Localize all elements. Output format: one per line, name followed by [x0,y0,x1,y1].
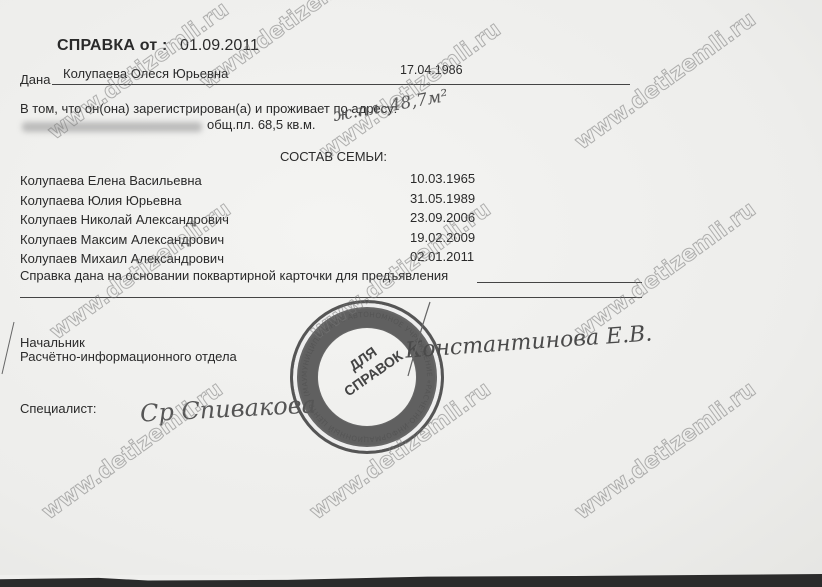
given-label: Дана [20,72,50,87]
family-member-name: Колупаев Николай Александрович [20,212,229,227]
family-member-name: Колупаев Максим Александрович [20,232,224,247]
basis-second-line [20,297,642,298]
family-member-birthdate: 02.01.2011 [410,249,474,264]
issue-date: 01.09.2011 [180,37,259,54]
chief-title-line2: Расчётно-информационного отдела [20,349,237,364]
family-member-name: Колупаева Юлия Юрьевна [20,193,181,208]
given-underline [52,84,630,85]
family-member-birthdate: 23.09.2006 [410,210,475,225]
family-member-name: Колупаев Михаил Александрович [20,251,224,266]
area-text: общ.пл. 68,5 кв.м. [207,117,316,132]
family-member-birthdate: 10.03.1965 [410,171,475,186]
scanned-certificate-page [0,0,822,575]
family-member-name: Колупаева Елена Васильевна [20,173,202,188]
redacted-address [22,122,202,132]
family-member-birthdate: 31.05.1989 [410,191,475,206]
specialist-label: Специалист: [20,401,97,416]
title-label: СПРАВКА от : [57,37,168,54]
scanner-bottom-edge [0,574,822,587]
chief-signature-stroke [400,300,440,380]
given-birthdate: 17.04.1986 [400,63,463,77]
basis-text: Справка дана на основании поквартирной к… [20,268,448,283]
given-name: Колупаева Олеся Юрьевна [63,66,228,81]
basis-underline [477,282,642,283]
family-heading: СОСТАВ СЕМЬИ: [280,149,387,164]
family-member-birthdate: 19.02.2009 [410,230,475,245]
certificate-title: СПРАВКА от : 01.09.2011 [57,37,259,55]
chief-title-line1: Начальник [20,335,85,350]
